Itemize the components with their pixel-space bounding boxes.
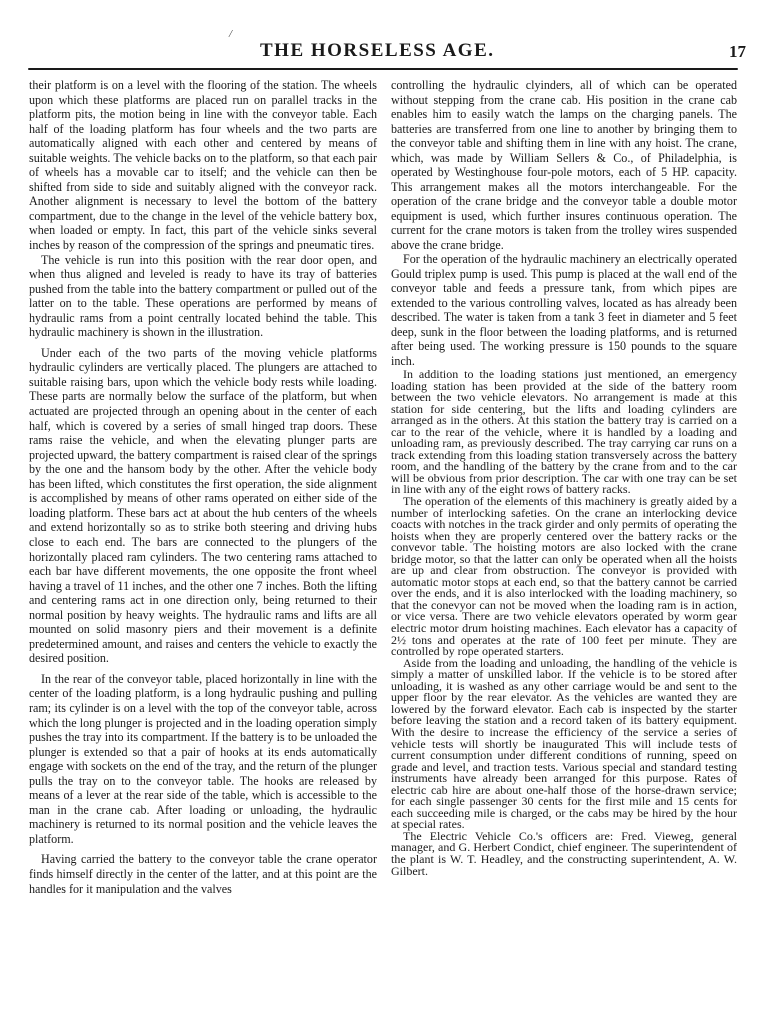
header-rule: [28, 68, 738, 70]
paragraph: In addition to the loading stations just…: [391, 369, 737, 496]
paragraph: their platform is on a level with the fl…: [29, 78, 377, 253]
stray-ink-mark: /: [229, 28, 232, 40]
paragraph: In the rear of the conveyor table, place…: [29, 672, 377, 847]
paragraph: Aside from the loading and unloading, th…: [391, 658, 737, 831]
page-number: 17: [729, 42, 746, 62]
paragraph: Under each of the two parts of the movin…: [29, 346, 377, 666]
running-title: THE HORSELESS AGE.: [260, 40, 495, 62]
paragraph: controlling the hydraulic clyinders, all…: [391, 78, 737, 252]
paragraph: For the operation of the hydraulic machi…: [391, 252, 737, 368]
paragraph: The operation of the elements of this ma…: [391, 496, 737, 658]
paragraph: Having carried the battery to the convey…: [29, 852, 377, 896]
left-column: their platform is on a level with the fl…: [29, 78, 377, 896]
right-column: controlling the hydraulic clyinders, all…: [391, 78, 737, 877]
paragraph: The vehicle is run into this position wi…: [29, 253, 377, 340]
paragraph: The Electric Vehicle Co.'s officers are:…: [391, 831, 737, 877]
